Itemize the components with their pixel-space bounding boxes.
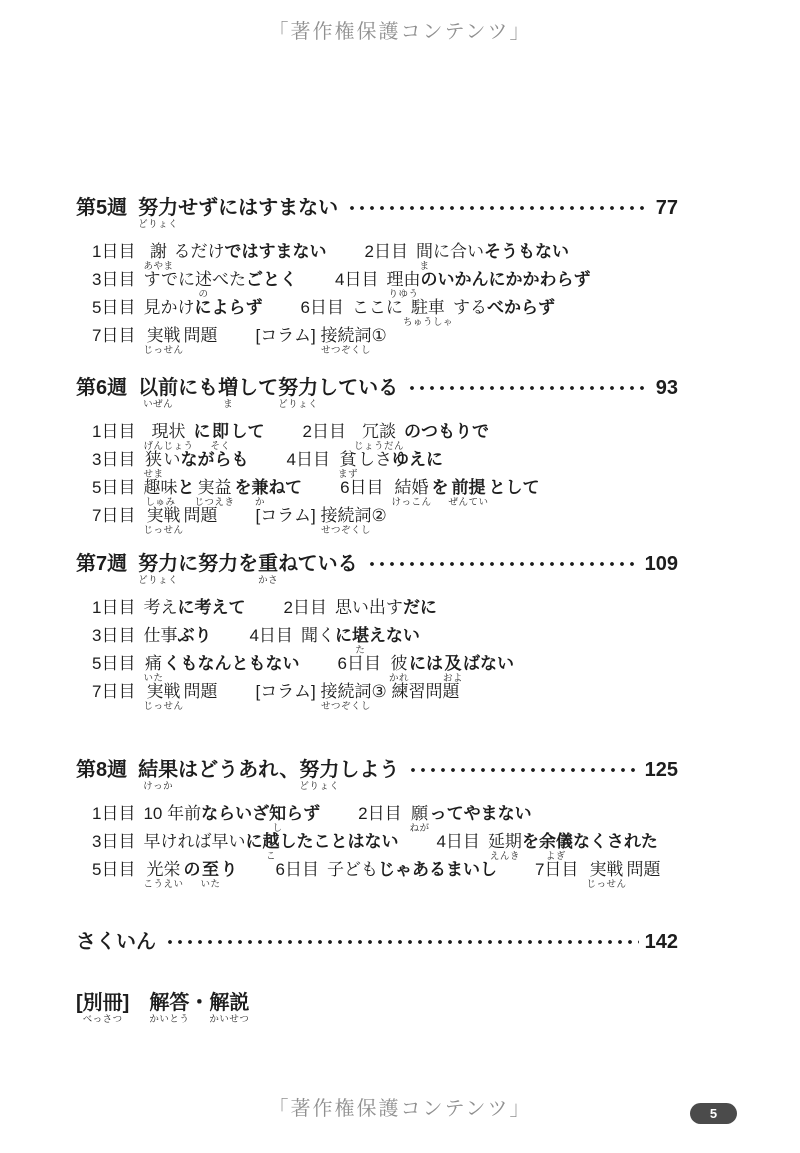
text-segment: 実益じつえき [194, 478, 234, 508]
furigana: じっせん [586, 880, 626, 890]
week-label: 第7週 [76, 552, 127, 576]
segment-text: に [335, 626, 352, 646]
week-label: 第8週 [76, 758, 127, 782]
text-segment: ここに [352, 298, 403, 328]
segment-text: にも [178, 376, 218, 400]
furigana: かさ [258, 576, 278, 586]
toc-item: 1日目考えに考えて [92, 598, 245, 628]
segment-text: のいかんにかかわらず [420, 270, 590, 290]
furigana: どりょく [278, 400, 318, 410]
toc-item: 2日目思い出すだに [283, 598, 436, 628]
segment-text: 子ども [327, 860, 378, 880]
segment-text: 解説 [209, 991, 249, 1015]
toc-item: [コラム] 接続詞せつぞくし② [255, 506, 386, 536]
segment-text: じゃあるまいし [378, 860, 497, 880]
segment-text: して [238, 376, 278, 400]
toc-item: 7日目実戦じっせん問題 [535, 860, 660, 890]
text-segment: と [177, 478, 194, 508]
segment-text: 早ければ早い [143, 832, 245, 852]
day-label: 3日目 [92, 626, 135, 646]
index-entry: さくいん 142 [76, 930, 678, 954]
text-segment: 謝あやま [143, 242, 173, 272]
text-segment: 問題 [183, 506, 217, 536]
section-page-number: 125 [645, 758, 678, 782]
segment-text: くもなんともない [163, 654, 299, 674]
day-label: 5日目 [92, 860, 135, 880]
text-segment: そうもない [484, 242, 569, 272]
index-label: さくいん [76, 930, 156, 954]
toc-item: 1日目現状げんじょうに即そくして [92, 422, 265, 452]
week-label: 第5週 [76, 196, 127, 220]
text-segment: 及およ [443, 654, 463, 684]
text-segment: する [453, 298, 487, 328]
day-label: 6日目 [340, 478, 383, 498]
text-segment: しよう [339, 758, 399, 792]
segment-text: 狭 [145, 450, 162, 470]
segment-text: 問題 [183, 506, 217, 526]
text-segment: [コラム] [255, 326, 320, 356]
furigana: どりょく [299, 782, 339, 792]
segment-text: のつもりで [404, 422, 489, 442]
dot-leader [367, 552, 639, 576]
toc-row: 5日目見かけによらず6日目ここに駐車ちゅうしゃするべからず [92, 298, 678, 326]
segment-text: 貧 [339, 450, 356, 470]
text-segment: 努力どりょく [278, 376, 318, 410]
segment-text: 余儀 [539, 832, 573, 852]
toc-item: 6日目結婚けっこんを前提ぜんていとして [340, 478, 540, 508]
segment-text: 実益 [197, 478, 231, 498]
text-segment: ③ 練習問題 [371, 682, 459, 712]
segment-text: 結果 [138, 758, 178, 782]
section-header: 第5週努力どりょくせずにはすまない77 [76, 196, 678, 230]
segment-text: そうもない [484, 242, 569, 262]
furigana: せつぞくし [321, 702, 371, 712]
toc-item: 3日目仕事ぶり [92, 626, 211, 656]
segment-text: 知 [269, 804, 286, 824]
segment-text: ってやまない [430, 804, 532, 824]
text-segment: を [432, 478, 449, 508]
segment-text: 結婚 [395, 478, 429, 498]
segment-text: しよう [339, 758, 399, 782]
text-segment: 考え [143, 598, 177, 628]
toc-item: 7日目実戦じっせん問題 [92, 682, 217, 712]
day-label: 4日目 [335, 270, 378, 290]
furigana: じっせん [143, 346, 183, 356]
segment-text: ・ [189, 991, 209, 1015]
toc-section-week-5: 第5週努力どりょくせずにはすまない771日目謝あやまるだけではすまない2日目間ま… [76, 196, 678, 354]
text-segment: 接続詞せつぞくし [320, 506, 371, 536]
text-segment: 解説かいせつ [209, 991, 249, 1025]
text-segment: 努力どりょく [138, 196, 178, 230]
text-segment: 狭せま [143, 450, 163, 480]
day-label: 4日目 [286, 450, 329, 470]
text-segment: 以前いぜん [138, 376, 178, 410]
toc-row: 5日目痛いたくもなんともない6日目彼かれには及およばない [92, 654, 678, 682]
text-segment: ってやまない [430, 804, 532, 834]
copyright-watermark-bottom: 「著作権保護コンテンツ」 [0, 1096, 800, 1122]
segment-text: ③ 練習問題 [371, 682, 459, 702]
furigana: じっせん [143, 526, 183, 536]
segment-text: する [453, 298, 487, 318]
text-segment: えない [369, 626, 420, 656]
text-segment: 光栄こうえい [143, 860, 183, 890]
text-segment: 実戦じっせん [143, 506, 183, 536]
toc-item: 5日目見かけによらず [92, 298, 262, 328]
segment-text: ながらも [180, 450, 248, 470]
dot-leader [347, 196, 650, 220]
text-segment: 駐車ちゅうしゃ [403, 298, 453, 328]
text-segment: ② [371, 506, 386, 536]
segment-text: したことはない [279, 832, 398, 852]
segment-text: 問題 [183, 326, 217, 346]
text-segment: に [245, 832, 262, 862]
segment-text: 接続詞 [320, 506, 371, 526]
day-label: 2日目 [303, 422, 346, 442]
text-segment: 至いた [200, 860, 220, 890]
segment-text: 願 [411, 804, 428, 824]
segment-text: 見かけ [143, 298, 194, 318]
index-page-number: 142 [645, 930, 678, 954]
text-segment: を [234, 478, 251, 508]
segment-text: を [522, 832, 539, 852]
day-label: 4日目 [436, 832, 479, 852]
text-segment: している [318, 376, 398, 410]
segment-text: ならいざ [201, 804, 269, 824]
segment-text: に [245, 832, 262, 852]
segment-text: 間 [416, 242, 433, 262]
segment-text: 聞く [301, 626, 335, 646]
segment-text: と [177, 478, 194, 498]
toc-section-week-7: 第7週努力どりょくに努力を重かさねている1091日目考えに考えて2日目思い出すだ… [76, 552, 678, 710]
segment-text: 痛 [145, 654, 162, 674]
text-segment: 兼か [251, 478, 268, 508]
text-segment: に合い [433, 242, 484, 272]
day-label: 6日目 [300, 298, 343, 318]
text-segment: [別冊]べっさつ [76, 991, 129, 1025]
toc-item: 5日目趣味しゅみと実益じつえきを兼かねて [92, 478, 302, 508]
text-segment: なくされた [573, 832, 658, 862]
segment-text: の [183, 860, 200, 880]
text-segment: 10 年前 [143, 804, 201, 834]
segment-text: 光栄 [146, 860, 180, 880]
toc-row: 3日目仕事ぶり4日目聞くに堪たえない [92, 626, 678, 654]
segment-text: 彼 [390, 654, 407, 674]
text-segment: 堪た [352, 626, 369, 656]
segment-text: 理由 [386, 270, 420, 290]
segment-text: らず [286, 804, 320, 824]
furigana: せつぞくし [321, 346, 371, 356]
text-segment: ゆえに [392, 450, 443, 480]
segment-text: として [489, 478, 540, 498]
toc-item: 6日目ここに駐車ちゅうしゃするべからず [300, 298, 554, 328]
toc-item: 4日目貧まずしさゆえに [286, 450, 442, 480]
text-segment: くもなんともない [163, 654, 299, 684]
toc-item: 6日目子どもじゃあるまいし [276, 860, 497, 890]
segment-text: 接続詞 [320, 326, 371, 346]
text-segment: らず [286, 804, 320, 834]
text-segment: べからず [487, 298, 555, 328]
furigana: かいせつ [209, 1015, 249, 1025]
text-segment: 理由りゆう [386, 270, 420, 300]
text-segment: 現状げんじょう [143, 422, 193, 452]
segment-text: 即 [212, 422, 229, 442]
segment-text: ① [371, 326, 386, 346]
toc-item: 3日目狭せまいながらも [92, 450, 248, 480]
toc-row: 5日目趣味しゅみと実益じつえきを兼かねて6日目結婚けっこんを前提ぜんていとして [92, 478, 678, 506]
section-title: 以前いぜんにも増まして努力どりょくしている [138, 376, 398, 410]
text-segment: を [522, 832, 539, 862]
segment-text: ゆえに [392, 450, 443, 470]
text-segment: ならいざ [201, 804, 269, 834]
text-segment: には [409, 654, 443, 684]
segment-text: 延期 [488, 832, 522, 852]
text-segment: して [231, 422, 265, 452]
text-segment: ねている [278, 552, 358, 586]
segment-text: 接続詞 [320, 682, 371, 702]
segment-text: 考え [143, 598, 177, 618]
day-label: 7日目 [92, 506, 135, 526]
day-label: 1日目 [92, 598, 135, 618]
day-label: 7日目 [92, 326, 135, 346]
day-label: 6日目 [337, 654, 380, 674]
page-number-badge: 5 [690, 1103, 737, 1124]
toc-item: 3日目早ければ早いに越こしたことはない [92, 832, 398, 862]
toc-row: 3日目早ければ早いに越こしたことはない4日目延期えんきを余儀よぎなくされた [92, 832, 678, 860]
text-segment: 早ければ早い [143, 832, 245, 862]
segment-text: ではすまない [224, 242, 326, 262]
segment-text: 及 [444, 654, 461, 674]
text-segment: によらず [194, 298, 262, 328]
text-segment: り [221, 860, 238, 890]
toc-row: 3日目狭せまいながらも4日目貧まずしさゆえに [92, 450, 678, 478]
section-rows: 1日目10 年前ならいざ知しらず2日目願ねがってやまない3日目早ければ早いに越こ… [92, 804, 678, 888]
segment-text: 努力 [138, 196, 178, 220]
furigana: せつぞくし [321, 526, 371, 536]
segment-text: [コラム] [255, 506, 320, 526]
text-segment: して [238, 376, 278, 410]
day-label: 1日目 [92, 422, 135, 442]
segment-text: に合い [433, 242, 484, 262]
section-header: 第7週努力どりょくに努力を重かさねている109 [76, 552, 678, 586]
segment-text: はどうあれ、 [178, 758, 299, 782]
section-rows: 1日目謝あやまるだけではすまない2日目間まに合いそうもない3日目すでに述のべたご… [92, 242, 678, 354]
segment-text: には [409, 654, 443, 674]
text-segment: 努力どりょく [299, 758, 339, 792]
day-label: 5日目 [92, 654, 135, 674]
text-segment: に [335, 626, 352, 656]
toc-section-week-8: 第8週結果けっかはどうあれ、努力どりょくしよう1251日目10 年前ならいざ知し… [76, 758, 678, 888]
day-label: 1日目 [92, 242, 135, 262]
segment-text: べた [212, 270, 246, 290]
text-segment: 接続詞せつぞくし [320, 682, 371, 712]
text-segment: 実戦じっせん [143, 682, 183, 712]
text-segment: ・ [189, 991, 209, 1025]
furigana: どりょく [138, 220, 178, 230]
text-segment: したことはない [279, 832, 398, 862]
text-segment: 前提ぜんてい [449, 478, 489, 508]
segment-text: ぶり [177, 626, 211, 646]
toc-item: 1日目10 年前ならいざ知しらず [92, 804, 320, 834]
toc-item: 3日目すでに述のべたごとく [92, 270, 297, 300]
toc-item: 2日目願ねがってやまない [358, 804, 531, 834]
text-segment: のいかんにかかわらず [420, 270, 590, 300]
segment-text: 堪 [352, 626, 369, 646]
segment-text: 実戦 [589, 860, 623, 880]
segment-text: 努力 [278, 376, 318, 400]
text-segment: ではすまない [224, 242, 326, 272]
segment-text: 至 [202, 860, 219, 880]
toc-row: 1日目10 年前ならいざ知しらず2日目願ねがってやまない [92, 804, 678, 832]
segment-text: 前提 [452, 478, 486, 498]
segment-text: 駐車 [411, 298, 445, 318]
segment-text: べからず [487, 298, 555, 318]
section-page-number: 109 [645, 552, 678, 576]
text-segment: 接続詞せつぞくし [320, 326, 371, 356]
text-segment: 延期えんき [488, 832, 522, 862]
segment-text: 重 [258, 552, 278, 576]
day-label: 3日目 [92, 832, 135, 852]
section-title: 努力どりょくに努力を重かさねている [138, 552, 358, 586]
appendix-entry: [別冊]べっさつ 解答かいとう・解説かいせつ [76, 991, 249, 1025]
toc-row: 1日目考えに考えて2日目思い出すだに [92, 598, 678, 626]
day-label: 7日目 [535, 860, 578, 880]
toc-item: 4日目聞くに堪たえない [249, 626, 419, 656]
text-segment: 願ねが [410, 804, 430, 834]
segment-text: るだけ [173, 242, 224, 262]
text-segment: に考えて [177, 598, 245, 628]
toc-item: 6日目彼かれには及およばない [337, 654, 514, 684]
segment-text: 実戦 [146, 506, 180, 526]
segment-text: 思い出す [335, 598, 403, 618]
furigana: どりょく [138, 576, 178, 586]
segment-text: しさ [358, 450, 392, 470]
text-segment: [コラム] [255, 506, 320, 536]
segment-text: [別冊] [76, 991, 129, 1015]
toc-item: 5日目痛いたくもなんともない [92, 654, 299, 684]
text-segment: 彼かれ [389, 654, 409, 684]
text-segment: 実戦じっせん [586, 860, 626, 890]
segment-text: 謝 [150, 242, 167, 262]
text-segment: のつもりで [404, 422, 489, 452]
day-label: 5日目 [92, 298, 135, 318]
text-segment: い [163, 450, 180, 480]
text-segment: 問題 [626, 860, 660, 890]
segment-text: ② [371, 506, 386, 526]
segment-text: に [193, 422, 210, 442]
section-rows: 1日目現状げんじょうに即そくして2日目冗談じょうだんのつもりで3日目狭せまいなが… [92, 422, 678, 534]
segment-text: に努力を [178, 552, 258, 576]
furigana: けっか [143, 782, 173, 792]
segment-text: [コラム] [255, 326, 320, 346]
text-segment: 実戦じっせん [143, 326, 183, 356]
text-segment: しさ [358, 450, 392, 480]
dot-leader [407, 376, 650, 400]
toc-section-week-6: 第6週以前いぜんにも増まして努力どりょくしている931日目現状げんじょうに即そく… [76, 376, 678, 534]
segment-text: 努力 [138, 552, 178, 576]
text-segment: 趣味しゅみ [143, 478, 177, 508]
furigana: かいとう [149, 1015, 189, 1025]
text-segment: るだけ [173, 242, 224, 272]
toc-item: 2日目間まに合いそうもない [364, 242, 568, 272]
day-label: 5日目 [92, 478, 135, 498]
dot-leader [165, 930, 639, 954]
text-segment: 痛いた [143, 654, 163, 684]
text-segment: 間ま [416, 242, 433, 272]
text-segment: 解答かいとう [149, 991, 189, 1025]
segment-text: ねている [278, 552, 358, 576]
text-segment: 冗談じょうだん [354, 422, 404, 452]
segment-text: [コラム] [255, 682, 320, 702]
segment-text: を [432, 478, 449, 498]
text-segment: [コラム] [255, 682, 320, 712]
segment-text: ごとく [246, 270, 297, 290]
segment-text: 仕事 [143, 626, 177, 646]
segment-text: 冗談 [362, 422, 396, 442]
segment-text: 以前 [138, 376, 178, 400]
segment-text: 問題 [183, 682, 217, 702]
furigana: いた [200, 880, 220, 890]
toc-item: 5日目光栄こうえいの至いたり [92, 860, 238, 890]
segment-text: 問題 [626, 860, 660, 880]
segment-text: している [318, 376, 398, 400]
day-label: 2日目 [283, 598, 326, 618]
section-title: 結果けっかはどうあれ、努力どりょくしよう [138, 758, 399, 792]
toc-item: 7日目実戦じっせん問題 [92, 506, 217, 536]
furigana: じっせん [143, 702, 183, 712]
segment-text: 兼 [251, 478, 268, 498]
text-segment: ながらも [180, 450, 248, 480]
section-rows: 1日目考えに考えて2日目思い出すだに3日目仕事ぶり4日目聞くに堪たえない5日目痛… [92, 598, 678, 710]
toc-item: 1日目謝あやまるだけではすまない [92, 242, 326, 272]
section-header: 第8週結果けっかはどうあれ、努力どりょくしよう125 [76, 758, 678, 792]
day-label: 2日目 [358, 804, 401, 824]
text-segment: ばない [463, 654, 514, 684]
text-segment: にも [178, 376, 218, 410]
section-header: 第6週以前いぜんにも増まして努力どりょくしている93 [76, 376, 678, 410]
text-segment: 余儀よぎ [539, 832, 573, 862]
segment-text: すでに [143, 270, 195, 290]
section-page-number: 93 [656, 376, 678, 400]
text-segment: ねて [268, 478, 302, 508]
segment-text: だに [403, 598, 437, 618]
text-segment: 問題 [183, 682, 217, 712]
furigana: べっさつ [83, 1015, 123, 1025]
text-segment: に努力を [178, 552, 258, 586]
segment-text: せずにはすまない [178, 196, 338, 220]
furigana: ま [223, 400, 233, 410]
segment-text: に考えて [177, 598, 245, 618]
book-toc-page: { "watermark": { "top": "「著作権保護コンテンツ」", … [0, 0, 800, 1153]
segment-text: 実戦 [146, 326, 180, 346]
segment-text: 解答 [149, 991, 189, 1015]
segment-text: ばない [463, 654, 514, 674]
copyright-watermark-top: 「著作権保護コンテンツ」 [0, 19, 800, 45]
day-label: 1日目 [92, 804, 135, 824]
section-title: 努力どりょくせずにはすまない [138, 196, 338, 230]
segment-text [129, 991, 149, 1015]
segment-text: 趣味 [143, 478, 177, 498]
toc-row: 1日目謝あやまるだけではすまない2日目間まに合いそうもない [92, 242, 678, 270]
segment-text: 10 年前 [143, 804, 201, 824]
text-segment: だに [403, 598, 437, 628]
text-segment: 問題 [183, 326, 217, 356]
text-segment: 増ま [218, 376, 238, 410]
toc-row: 3日目すでに述のべたごとく4日目理由りゆうのいかんにかかわらず [92, 270, 678, 298]
segment-text: えない [369, 626, 420, 646]
segment-text: によらず [194, 298, 262, 318]
day-label: 3日目 [92, 450, 135, 470]
segment-text: 述 [195, 270, 212, 290]
